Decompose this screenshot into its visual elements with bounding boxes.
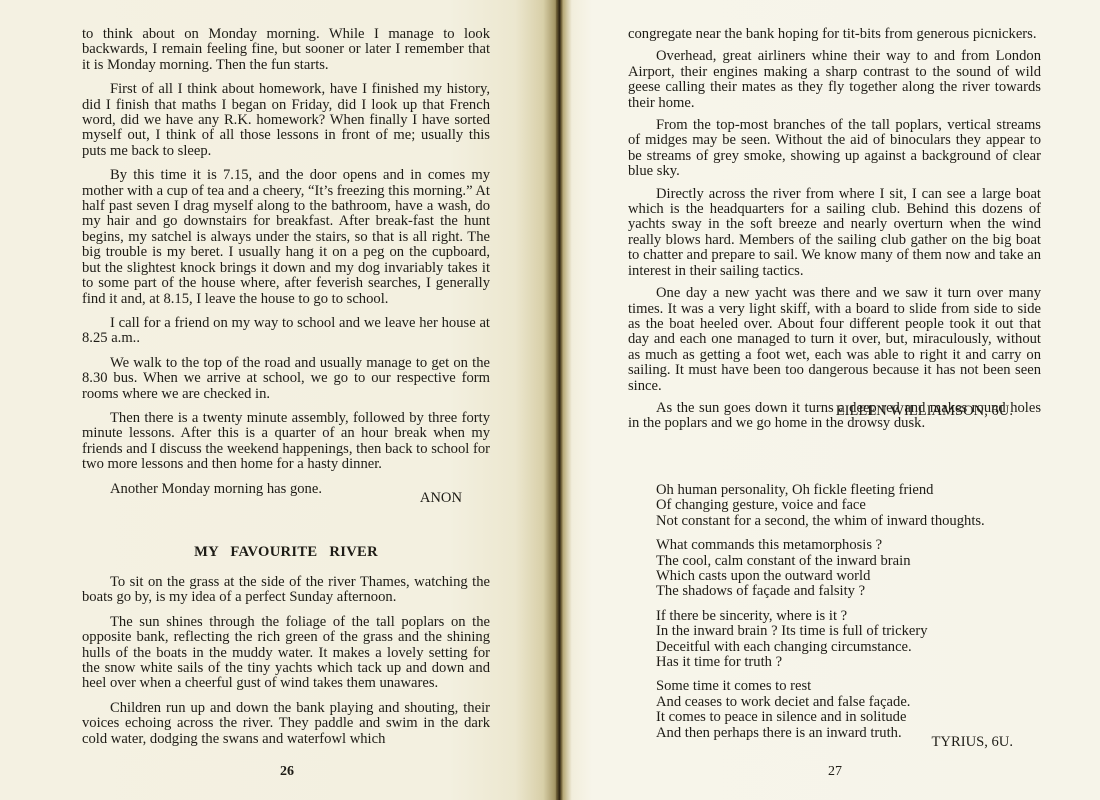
book-spine <box>556 0 562 800</box>
author-signature-anon: ANON <box>82 490 462 507</box>
poem: Oh human personality, Oh fickle fleeting… <box>656 483 1046 750</box>
poem-line: Deceitful with each changing circumstanc… <box>656 640 1046 655</box>
paragraph: We walk to the top of the road and usual… <box>82 356 490 402</box>
paragraph: The sun shines through the foliage of th… <box>82 615 490 692</box>
poem-line: And ceases to work deciet and false faça… <box>656 695 1046 710</box>
poem-line: Not constant for a second, the whim of i… <box>656 514 1046 529</box>
poem-stanza: Some time it comes to rest And ceases to… <box>656 679 1046 741</box>
paragraph: to think about on Monday morning. While … <box>82 27 490 73</box>
poem-line: In the inward brain ? Its time is full o… <box>656 624 1046 639</box>
poem-stanza: Oh human personality, Oh fickle fleeting… <box>656 483 1046 529</box>
poem-line: The cool, calm constant of the inward br… <box>656 554 1046 569</box>
paragraph: First of all I think about homework, hav… <box>82 82 490 159</box>
poem-line: Some time it comes to rest <box>656 679 1046 694</box>
essay-heading: MY FAVOURITE RIVER <box>82 544 490 561</box>
right-page-essay-river-continued: congregate near the bank hoping for tit-… <box>628 27 1041 439</box>
paragraph: I call for a friend on my way to school … <box>82 316 490 347</box>
paragraph: By this time it is 7.15, and the door op… <box>82 168 490 307</box>
author-signature-eileen: EILEEN WILLIAMSON, 6U. <box>628 403 1013 420</box>
poem-line: Of changing gesture, voice and face <box>656 498 1046 513</box>
paragraph: Overhead, great airliners whine their wa… <box>628 49 1041 111</box>
paragraph: congregate near the bank hoping for tit-… <box>628 27 1041 42</box>
page-number-left: 26 <box>280 764 294 780</box>
paragraph: To sit on the grass at the side of the r… <box>82 575 490 606</box>
page-number-right: 27 <box>828 764 842 780</box>
poem-line: Oh human personality, Oh fickle fleeting… <box>656 483 1046 498</box>
poem-line: What commands this metamorphosis ? <box>656 538 1046 553</box>
poem-line: If there be sincerity, where is it ? <box>656 609 1046 624</box>
paragraph: Directly across the river from where I s… <box>628 187 1041 279</box>
poem-line: The shadows of façade and falsity ? <box>656 584 1046 599</box>
paragraph: One day a new yacht was there and we saw… <box>628 286 1041 394</box>
left-page-essay-river: To sit on the grass at the side of the r… <box>82 575 490 756</box>
left-page-essay-monday: to think about on Monday morning. While … <box>82 27 490 506</box>
author-signature-tyrius: TYRIUS, 6U. <box>628 734 1013 751</box>
poem-stanza: What commands this metamorphosis ? The c… <box>656 538 1046 600</box>
poem-line: Which casts upon the outward world <box>656 569 1046 584</box>
poem-line: Has it time for truth ? <box>656 655 1046 670</box>
paragraph: Children run up and down the bank playin… <box>82 701 490 747</box>
paragraph: Then there is a twenty minute assembly, … <box>82 411 490 473</box>
paragraph: From the top-most branches of the tall p… <box>628 118 1041 180</box>
poem-line: It comes to peace in silence and in soli… <box>656 710 1046 725</box>
poem-stanza: If there be sincerity, where is it ? In … <box>656 609 1046 671</box>
